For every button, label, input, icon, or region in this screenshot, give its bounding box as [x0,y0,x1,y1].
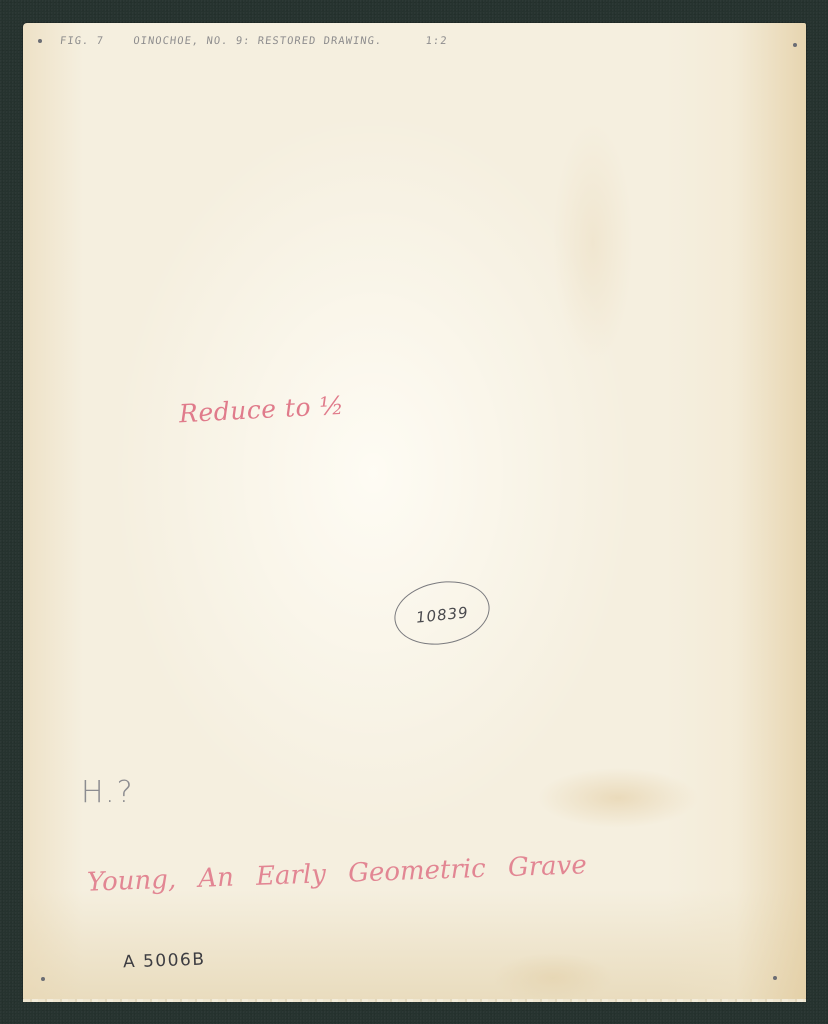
bibliographic-reference: Young, An Early Geometric Grave [87,850,588,897]
figure-label: FIG. 7 [59,35,104,47]
pin-hole-icon [793,43,797,47]
figure-scale: 1:2 [425,35,448,47]
pin-hole-icon [38,39,42,43]
document-sheet: FIG. 7 OINOCHOE, NO. 9: RESTORED DRAWING… [23,23,806,1000]
margin-note: H.? [81,775,135,810]
pin-hole-icon [41,977,45,981]
figure-caption: FIG. 7 OINOCHOE, NO. 9: RESTORED DRAWING… [59,35,448,47]
pin-hole-icon [773,976,777,980]
figure-title: OINOCHOE, NO. 9: RESTORED DRAWING. [133,35,383,47]
accession-number: A 5006B [123,950,206,973]
printer-instruction: Reduce to ½ [178,391,345,429]
